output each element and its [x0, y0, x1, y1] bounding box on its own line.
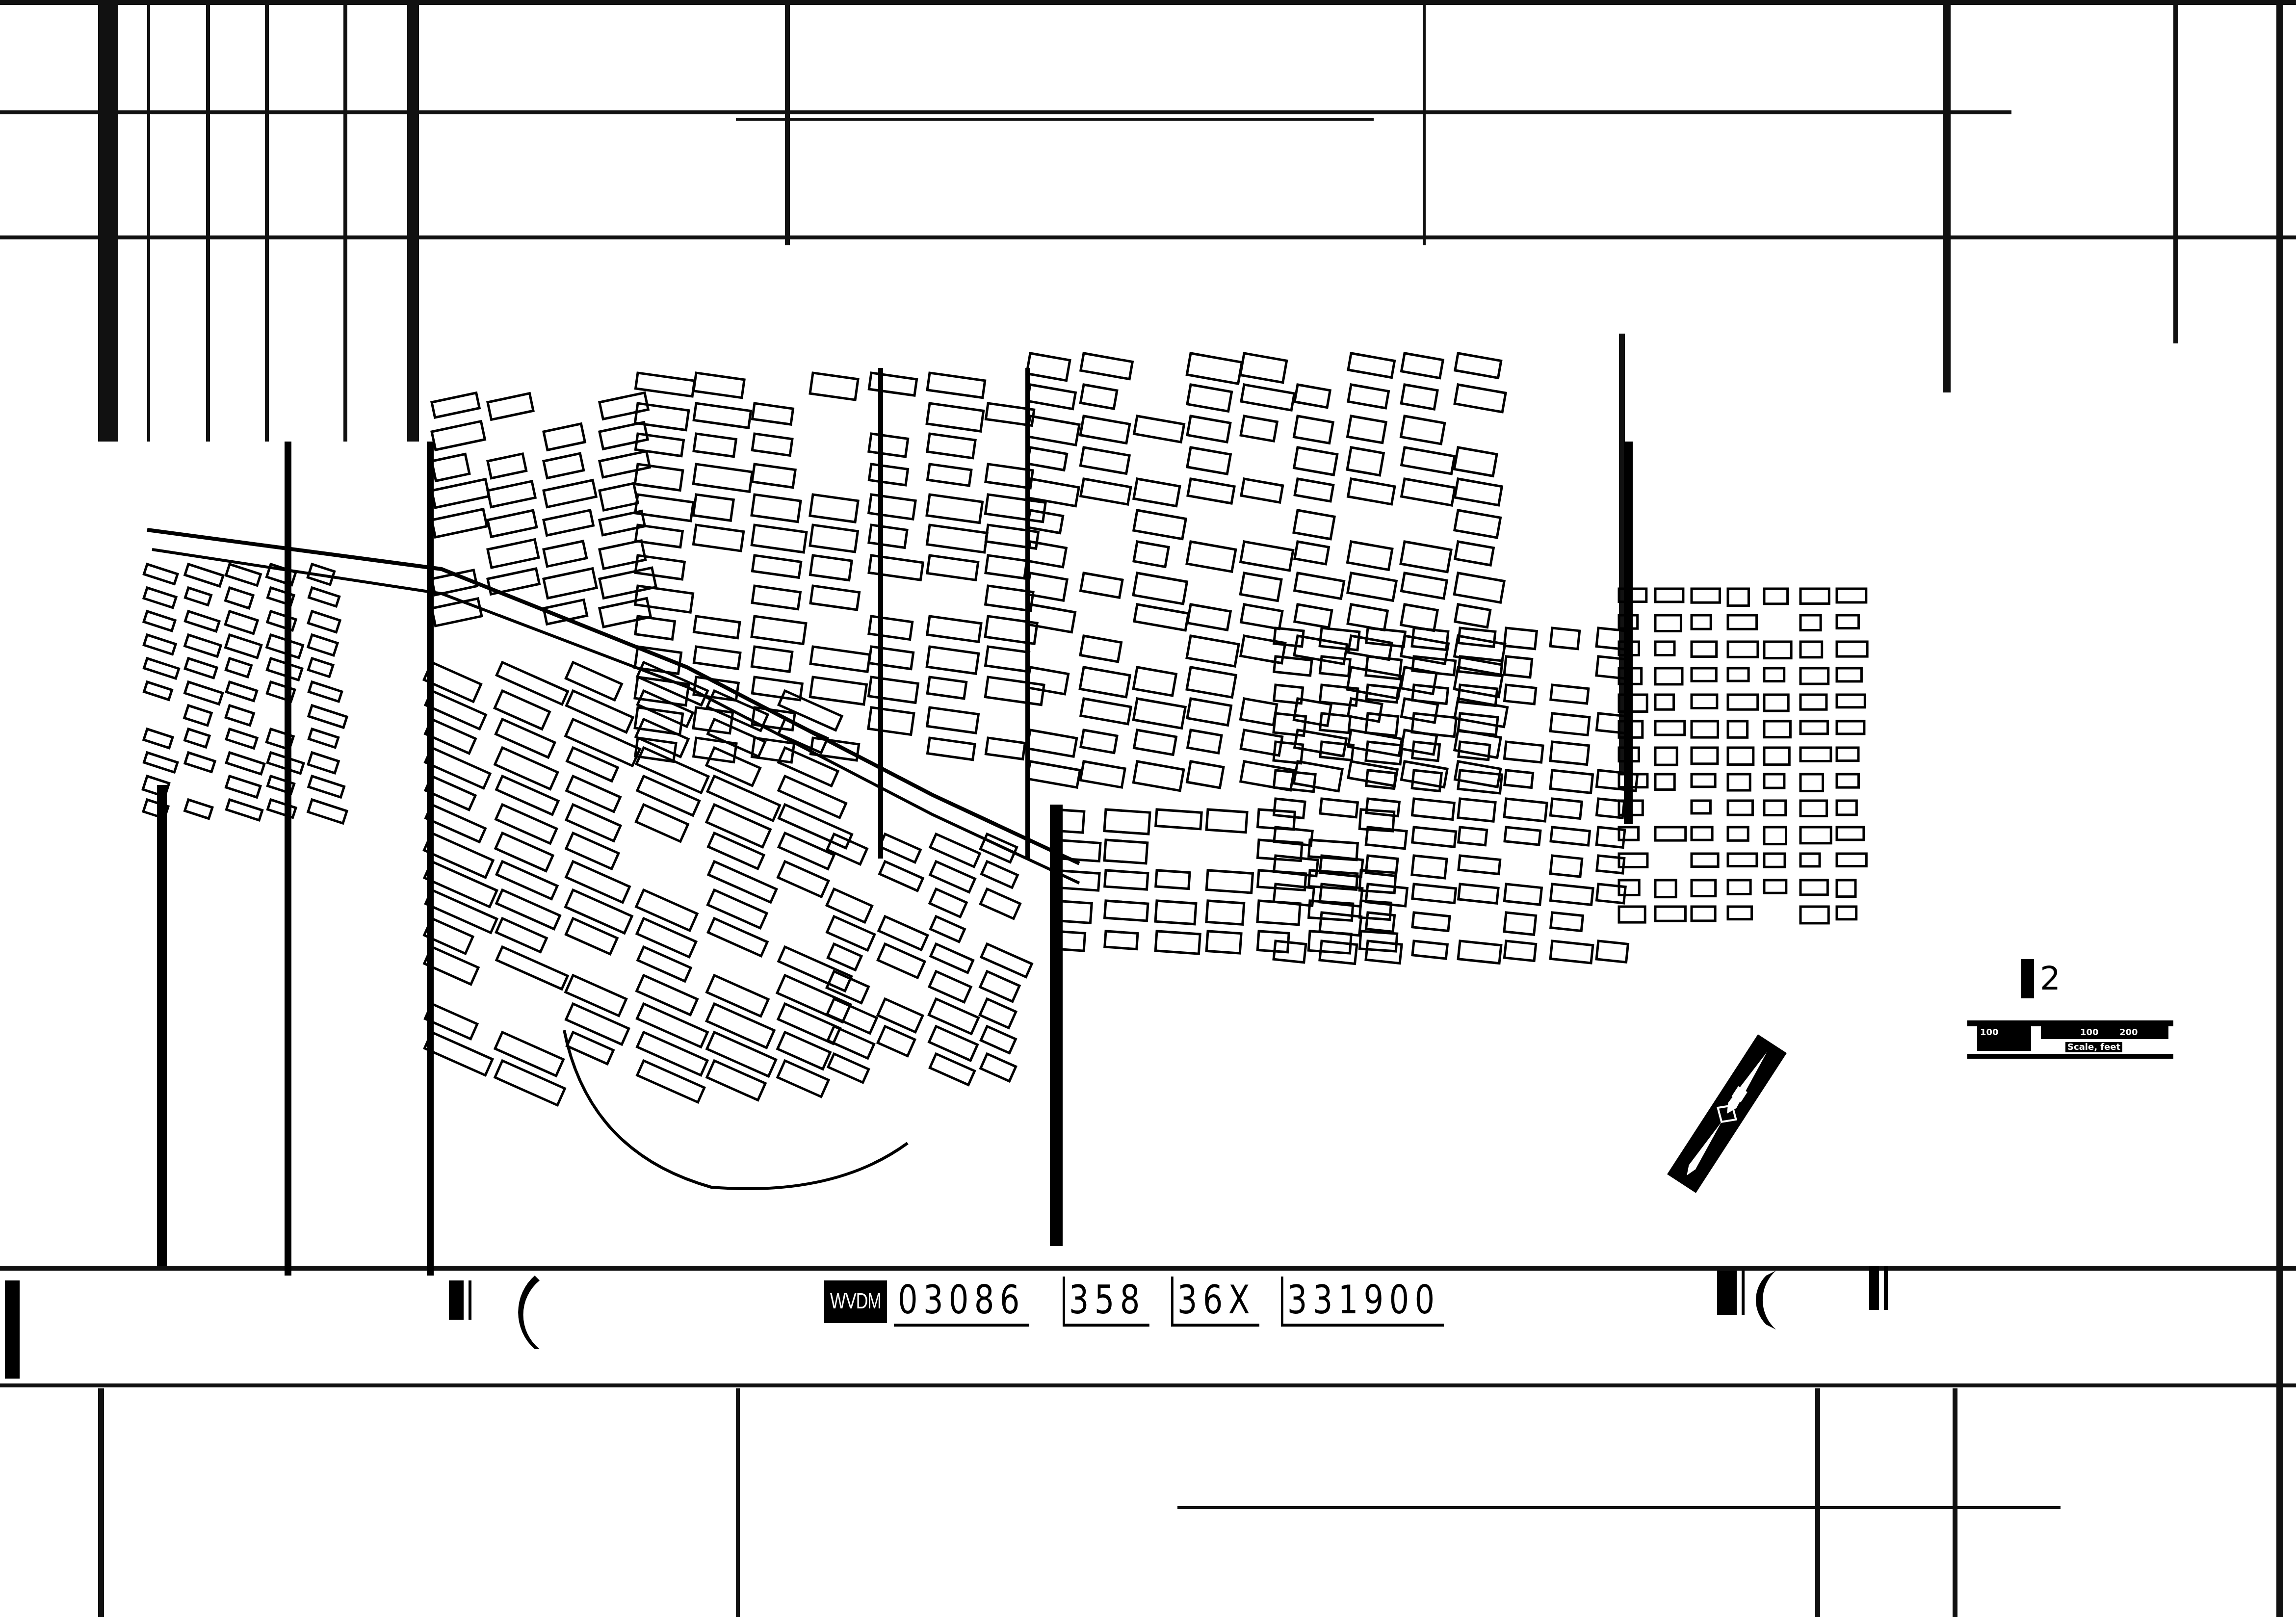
film-archive-tag: WVDM [824, 1280, 887, 1323]
scanned-map-canvas [0, 0, 2296, 1617]
microfilm-id-strip: WVDM 03086 358 36X 331900 [824, 1275, 1485, 1329]
film-field-frame: 358 [1063, 1277, 1149, 1327]
scan-streaks [157, 368, 1633, 1276]
map-street-blocks [143, 353, 1867, 1105]
scale-label-left: 100 [1980, 1027, 1999, 1038]
film-field-date: 331900 [1281, 1277, 1444, 1327]
scale-bar: 100 100 200 Scale, feet [1967, 1020, 2173, 1060]
sheet-number: 2 [2021, 959, 2061, 998]
scale-label-mid: 100 [2080, 1027, 2099, 1038]
scale-label-right: 200 [2119, 1027, 2138, 1038]
film-field-reel: 03086 [894, 1277, 1029, 1327]
north-arrow-icon: N [1663, 1030, 1791, 1197]
film-field-reduction: 36X [1171, 1277, 1259, 1327]
scan-grid-lines [0, 0, 2296, 1617]
scale-caption: Scale, feet [2065, 1042, 2122, 1052]
